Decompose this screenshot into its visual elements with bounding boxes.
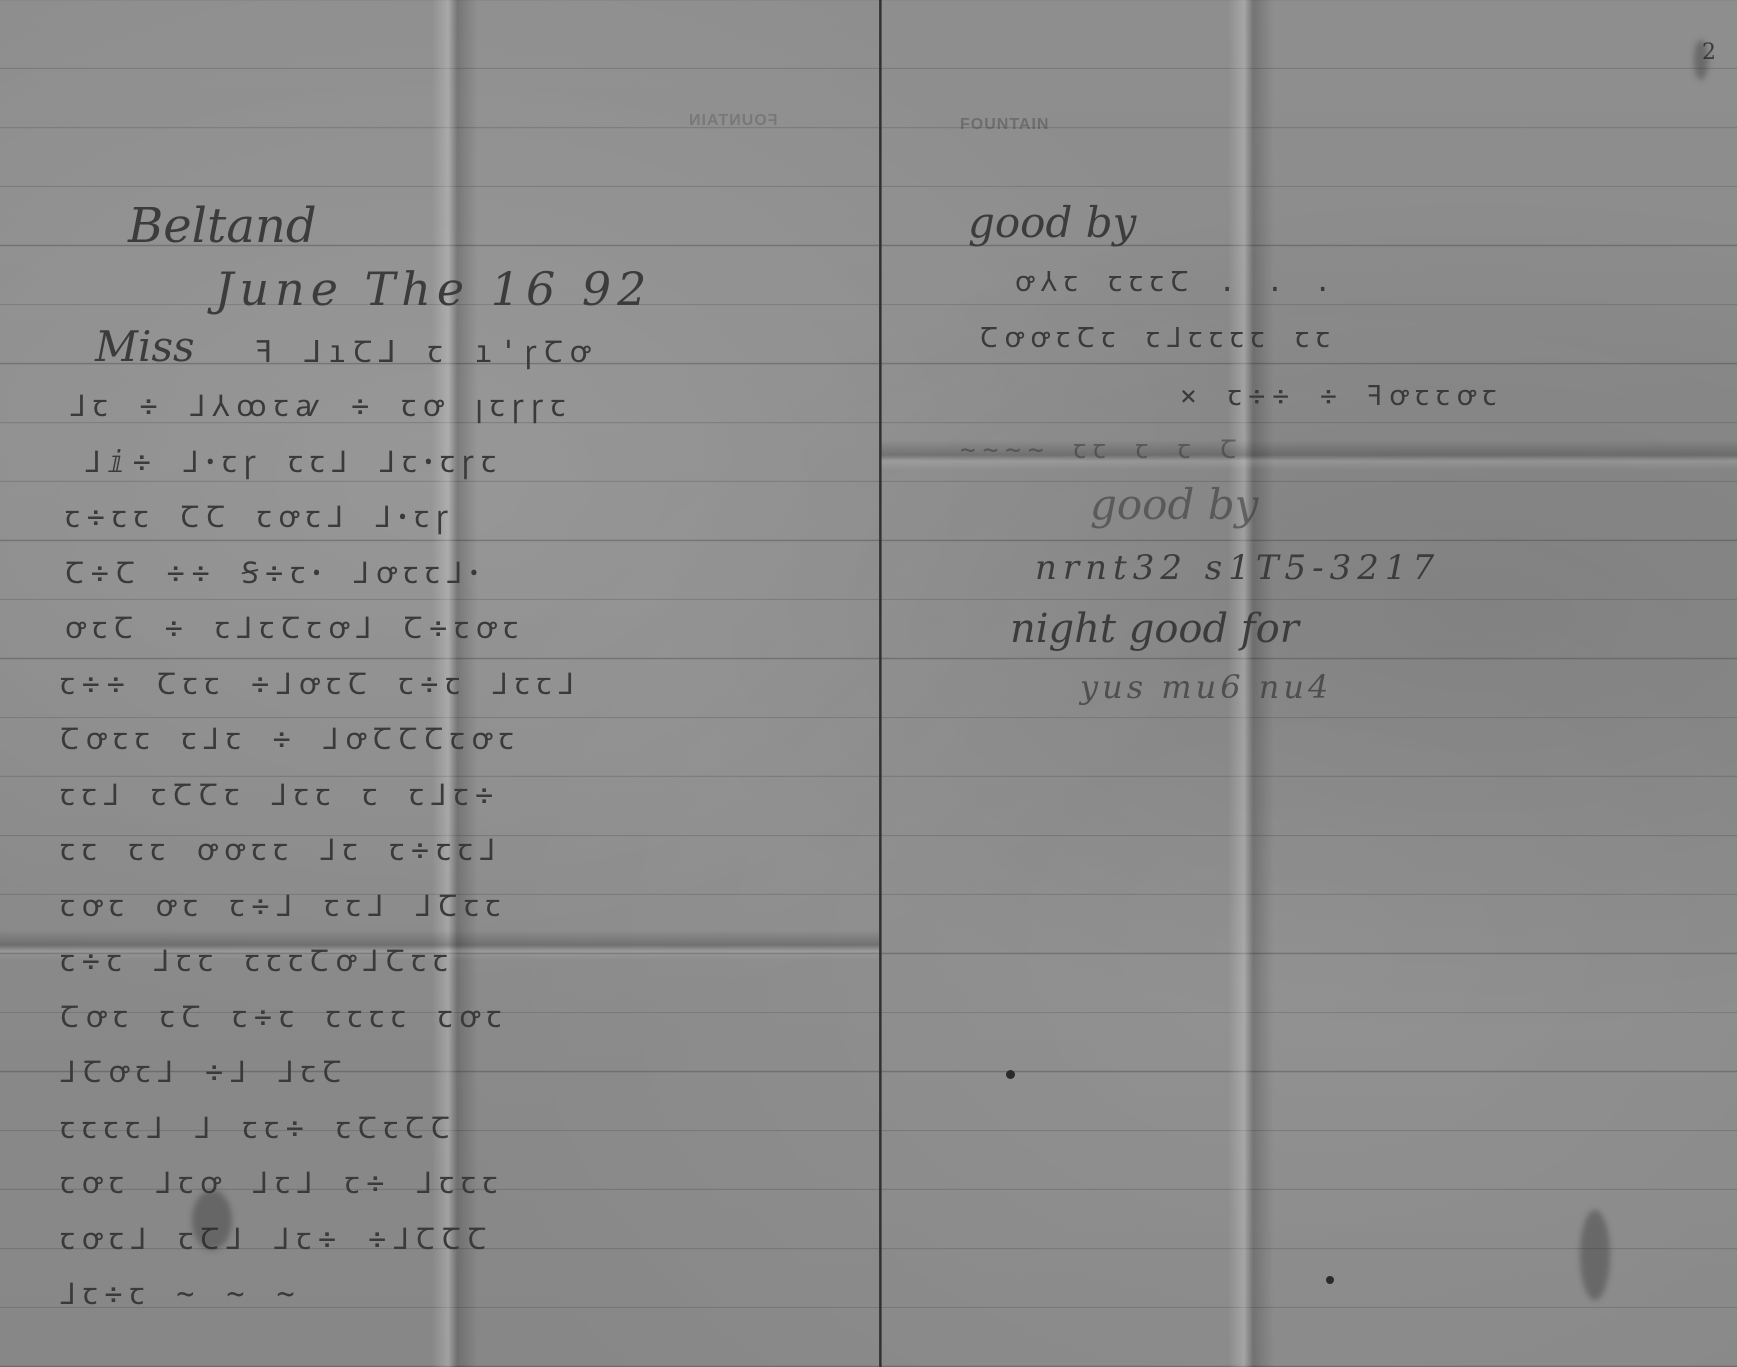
cipher-line: ꞇ÷ꞇꞇ ꞆꞆ ꞇꝍꞇ⅃ ⅃ꞏꞇꞅ — [65, 495, 455, 536]
cipher-line: ꞇꞇ⅃ ꞇꞆꞆꞇ ⅃ꞇꞇ ꞇ ꞇ⅃ꞇ÷ — [60, 773, 500, 814]
cipher-line: ꟻ ⅃ıꞆ⅃ ꞇ ı'ꞅꞆꝍ — [255, 330, 597, 371]
script-line: good by — [1090, 480, 1258, 529]
cipher-line: ꝍ⅄ꞇ ꞇꞇꞇꞆ . . . — [1015, 262, 1338, 300]
scanned-letter: FOUNTAIN FOUNTAIN 2 Beltand June The 16 … — [0, 0, 1737, 1367]
cipher-line: ꞇ÷ꞇ ⅃ꞇꞇ ꞇꞇꞇꞆꝍ⅃Ꞇꞇꞇ — [60, 939, 455, 980]
cipher-line: ꞇꞇꞇꞇ⅃ ⅃ ꞇꞇ÷ ꞇꞆꞇꞆꞆ — [60, 1106, 456, 1147]
salutation: Miss — [95, 322, 195, 371]
cipher-line: ꞇꝍꞇ⅃ ꞇꞆ⅃ ⅃ꞇ÷ ÷⅃ꞆꞆꞆ — [60, 1217, 493, 1258]
cipher-line: ꞇꞇ ꞇꞇ ꝍꝍꞇꞇ ⅃ꞇ ꞇ÷ꞇꞇ⅃ — [60, 828, 502, 869]
script-line: yus mu6 nu4 — [1080, 668, 1332, 706]
ink-smudge — [1580, 1210, 1610, 1300]
stationery-stamp-left: FOUNTAIN — [688, 112, 777, 130]
ink-smudge — [192, 1190, 232, 1250]
right-page-margin-line — [880, 0, 882, 1367]
cipher-line: ⅃ꞇ÷ꞇ ~ ~ ~ — [60, 1272, 302, 1313]
ink-smudge — [1694, 40, 1708, 80]
cipher-line: ~~~~ ꞇꞇ ꞇ ꞇ Ꞇ — [960, 430, 1243, 466]
script-line: night good for — [1010, 606, 1299, 652]
script-line: nrnt32 s1T5-3217 — [1035, 548, 1440, 588]
cipher-line: ⅃ⅈ÷ ⅃ꞏꞇꞅ ꞇꞇ⅃ ⅃ꞇꞏꞇꞅꞇ — [85, 440, 503, 481]
stationery-stamp-right: FOUNTAIN — [960, 116, 1049, 134]
ink-spot — [1326, 1276, 1334, 1284]
script-line: good by — [968, 198, 1136, 247]
cipher-line: ꞆꝍꝍꞇꞆꞇ ꞇ⅃ꞇꞇꞇꞇ ꞇꞇ — [980, 318, 1337, 356]
place-heading: Beltand — [128, 198, 317, 254]
cipher-line: Ꞇꝍꞇꞇ ꞇ⅃ꞇ ÷ ⅃ꝍꞆꞆꞆꞇꝍꞇ — [60, 717, 520, 758]
cipher-line: ꞇ÷÷ Ꞇꞇꞇ ÷⅃ꝍꞇꞆ ꞇ÷ꞇ ⅃ꞇꞇ⅃ — [60, 662, 581, 703]
cipher-line: Ꞇ÷Ꞇ ÷÷ Ꞩ÷ꞇꞏ ⅃ꝍꞇꞇ⅃ꞏ — [65, 551, 486, 592]
cipher-line: ꝍꞇꞆ ÷ ꞇ⅃ꞇꞆꞇꝍ⅃ Ꞇ÷ꞇꝍꞇ — [65, 606, 525, 647]
date-line: June The 16 92 — [215, 262, 652, 316]
cipher-line: × ꞇ÷÷ ÷ ꟻꝍꞇꞇꝍꞇ — [1180, 376, 1503, 414]
cipher-line: ꞇꝍꞇ ⅃ꞇꝍ ⅃ꞇ⅃ ꞇ÷ ⅃ꞇꞇꞇ — [60, 1161, 504, 1202]
ink-spot — [1006, 1070, 1015, 1079]
cipher-line: ⅃Ꞇꝍꞇ⅃ ÷⅃ ⅃ꞇꞆ — [60, 1050, 348, 1091]
cipher-line: ⅃ꞇ ÷ ⅃⅄ꝏꞇꜹ ÷ ꞇꝍ ꞁꞇꞅꞅꞇ — [70, 384, 572, 425]
cipher-line: Ꞇꝍꞇ ꞇꞆ ꞇ÷ꞇ ꞇꞇꞇꞇ ꞇꝍꞇ — [60, 995, 508, 1036]
cipher-line: ꞇꝍꞇ ꝍꞇ ꞇ÷⅃ ꞇꞇ⅃ ⅃Ꞇꞇꞇ — [60, 884, 507, 925]
